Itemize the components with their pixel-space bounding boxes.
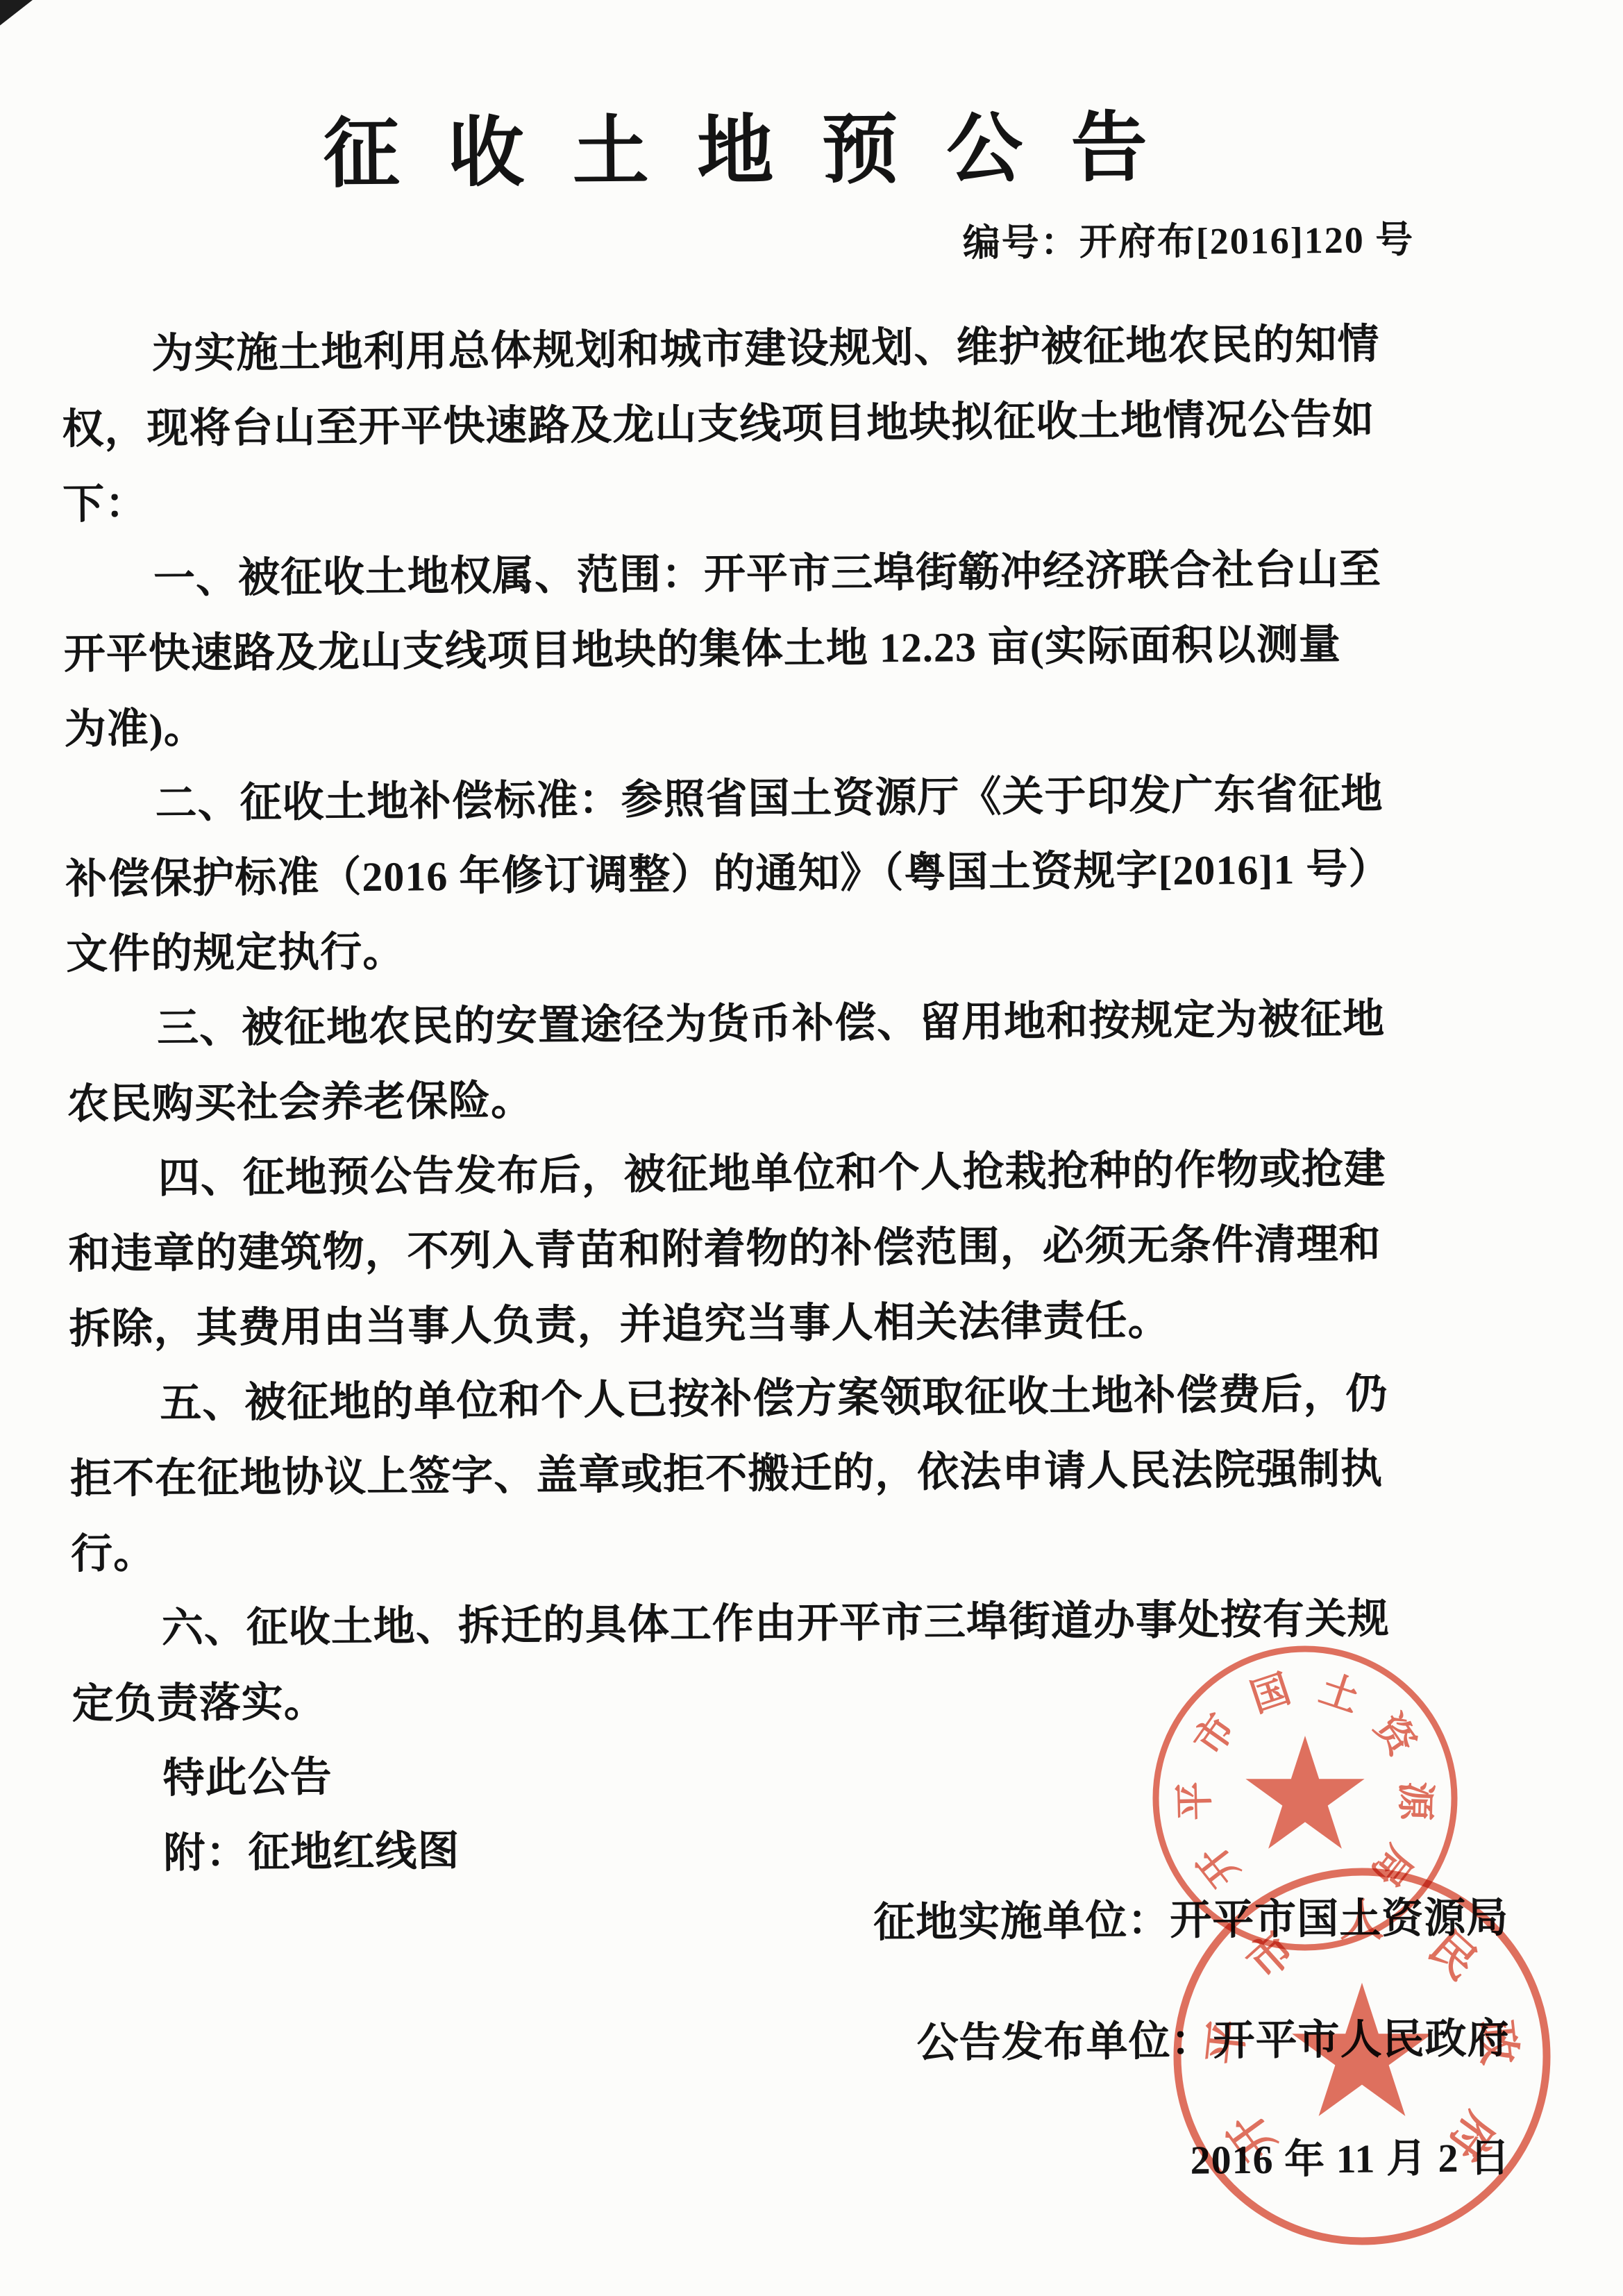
paragraph-line: 一、被征收土地权属、范围：开平市三埠街簕冲经济联合社台山至: [63, 531, 1418, 617]
paragraph-line: 为实施土地利用总体规划和城市建设规划、维护被征地农民的知情: [61, 306, 1415, 392]
svg-text:资: 资: [1366, 1707, 1424, 1764]
seal-star-icon: [1292, 1983, 1432, 2116]
paragraph-line: 文件的规定执行。: [66, 906, 1420, 991]
paragraph-line: 五、被征地的单位和个人已按补偿方案领取征收土地补偿费后，仍: [69, 1356, 1424, 1441]
paragraph-line: 下：: [62, 456, 1417, 542]
paragraph-line: 拆除，其费用由当事人负责，并追究当事人相关法律责任。: [69, 1281, 1423, 1366]
paragraph-item-1: 一、被征收土地权属、范围：开平市三埠街簕冲经济联合社台山至 开平快速路及龙山支线…: [63, 531, 1418, 766]
paragraph-line: 开平快速路及龙山支线项目地块的集体土地 12.23 亩(实际面积以测量: [63, 606, 1418, 692]
paragraph-line: 权，现将台山至开平快速路及龙山支线项目地块拟征收土地情况公告如: [62, 381, 1416, 467]
svg-text:市: 市: [1186, 1707, 1244, 1763]
paragraph-line: 补偿保护标准（2016 年修订调整）的通知》（粤国土资规字[2016]1 号）: [65, 831, 1420, 916]
paragraph-intro: 为实施土地利用总体规划和城市建设规划、维护被征地农民的知情 权，现将台山至开平快…: [61, 306, 1416, 542]
svg-text:土: 土: [1314, 1668, 1365, 1720]
paragraph-line: 农民购买社会养老保险。: [67, 1056, 1422, 1141]
paragraph-line: 三、被征地农民的安置途径为货币补偿、留用地和按规定为被征地: [67, 981, 1421, 1066]
svg-text:国: 国: [1245, 1668, 1296, 1720]
paragraph-item-3: 三、被征地农民的安置途径为货币补偿、留用地和按规定为被征地 农民购买社会养老保险…: [67, 981, 1422, 1141]
document-page: 征 收 土 地 预 公 告 编号：开府布[2016]120 号 为实施土地利用总…: [0, 0, 1623, 2296]
paragraph-item-2: 二、征收土地补偿标准：参照省国土资源厅《关于印发广东省征地 补偿保护标准（201…: [65, 756, 1420, 991]
svg-text:平: 平: [1173, 1781, 1217, 1820]
scan-corner-artifact: [0, 0, 56, 29]
document-title: 征 收 土 地 预 公 告: [60, 94, 1414, 208]
seal-star-icon: [1245, 1736, 1364, 1849]
paragraph-line: 二、征收土地补偿标准：参照省国土资源厅《关于印发广东省征地: [65, 756, 1419, 841]
svg-text:开: 开: [1219, 2104, 1285, 2169]
svg-text:市: 市: [1238, 1922, 1304, 1989]
paragraph-line: 拒不在征地协议上签字、盖章或拒不搬迁的，依法申请人民法院强制执: [70, 1431, 1424, 1516]
paragraph-item-5: 五、被征地的单位和个人已按补偿方案领取征收土地补偿费后，仍 拒不在征地协议上签字…: [69, 1356, 1424, 1591]
svg-text:人: 人: [1340, 1896, 1384, 1945]
paragraph-line: 为准)。: [64, 681, 1418, 766]
svg-text:源: 源: [1393, 1781, 1436, 1821]
people-government-seal: 开平市人民政府: [1168, 1862, 1556, 2251]
paragraph-item-4: 四、征地预公告发布后，被征地单位和个人抢栽抢种的作物或抢建 和违章的建筑物，不列…: [67, 1131, 1422, 1366]
document-number: 编号：开府布[2016]120 号: [60, 217, 1414, 272]
svg-text:府: 府: [1439, 2104, 1505, 2169]
svg-text:民: 民: [1420, 1922, 1486, 1989]
svg-text:平: 平: [1200, 2018, 1253, 2067]
paragraph-line: 行。: [71, 1506, 1425, 1591]
paragraph-line: 四、征地预公告发布后，被征地单位和个人抢栽抢种的作物或抢建: [67, 1131, 1422, 1216]
paragraph-line: 和违章的建筑物，不列入青苗和附着物的补偿范围，必须无条件清理和: [68, 1206, 1422, 1291]
svg-text:政: 政: [1470, 2018, 1524, 2067]
